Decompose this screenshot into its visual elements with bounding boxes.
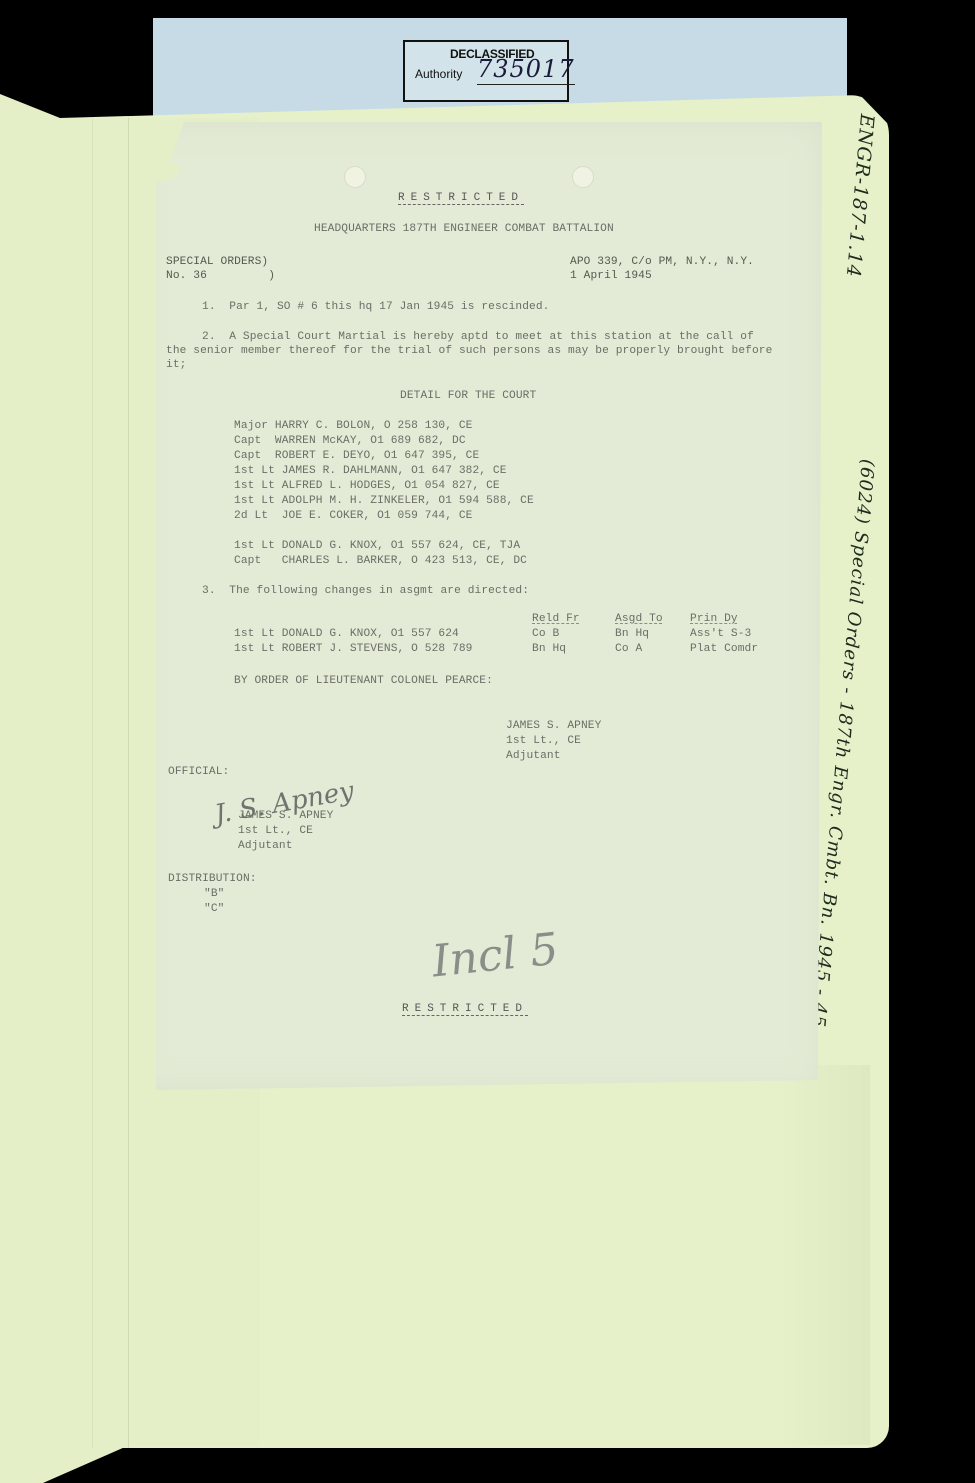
inclosure-annotation: Incl 5 [430,924,561,988]
classification-top: RESTRICTED [398,191,524,206]
court-member: 1st Lt ALFRED L. HODGES, O1 054 827, CE [234,479,500,494]
distribution-item: "C" [204,902,224,917]
signature-title: Adjutant [506,749,561,764]
court-member: 2d Lt JOE E. COKER, O1 059 744, CE [234,509,472,524]
apo-line: APO 339, C/o PM, N.Y., N.Y. [570,255,754,270]
court-member: Major HARRY C. BOLON, O 258 130, CE [234,419,472,434]
paragraph-2-line-3: it; [166,358,186,373]
col-header-prin-dy: Prin Dy [690,612,738,627]
court-member: 1st Lt JAMES R. DAHLMANN, O1 647 382, CE [234,464,507,479]
signature-name: JAMES S. APNEY [506,719,601,734]
defense-counsel: Capt CHARLES L. BARKER, O 423 513, CE, D… [234,554,527,569]
distribution-item: "B" [204,887,224,902]
official-signature-name: JAMES S. APNEY [238,809,333,824]
officer-name: 1st Lt DONALD G. KNOX, O1 557 624 [234,627,459,642]
order-date: 1 April 1945 [570,269,652,284]
special-orders-document: RESTRICTED HEADQUARTERS 187TH ENGINEER C… [134,122,822,1090]
asgd-to-cell: Bn Hq [615,627,649,642]
official-signature-title: Adjutant [238,839,293,854]
folder-shade [780,1065,870,1445]
signature-rank: 1st Lt., CE [506,734,581,749]
col-header-reld-fr: Reld Fr [532,612,580,627]
court-member: 1st Lt ADOLPH M. H. ZINKELER, O1 594 588… [234,494,534,509]
paragraph-1: 1. Par 1, SO # 6 this hq 17 Jan 1945 is … [202,300,550,315]
official-label: OFFICIAL: [168,765,229,780]
declassification-stamp: DECLASSIFIED Authority 735017 [403,40,569,102]
prin-dy-cell: Ass't S-3 [690,627,751,642]
order-number: No. 36 ) [166,269,275,284]
paragraph-2-line-2: the senior member thereof for the trial … [166,344,772,359]
order-label: SPECIAL ORDERS) [166,255,268,270]
folder-crease [128,118,129,1448]
by-order-line: BY ORDER OF LIEUTENANT COLONEL PEARCE: [234,674,493,689]
classification-bottom: RESTRICTED [402,1002,528,1017]
prin-dy-cell: Plat Comdr [690,642,758,657]
reld-fr-cell: Bn Hq [532,642,566,657]
official-signature-rank: 1st Lt., CE [238,824,313,839]
headquarters-heading: HEADQUARTERS 187TH ENGINEER COMBAT BATTA… [314,222,614,237]
court-member: Capt ROBERT E. DEYO, O1 647 395, CE [234,449,479,464]
punch-hole [344,166,366,188]
authority-label: Authority [415,67,462,81]
punch-hole [572,166,594,188]
reld-fr-cell: Co B [532,627,559,642]
paragraph-3: 3. The following changes in asgmt are di… [202,584,529,599]
col-header-asgd-to: Asgd To [615,612,663,627]
trial-judge-advocate: 1st Lt DONALD G. KNOX, O1 557 624, CE, T… [234,539,520,554]
court-member: Capt WARREN McKAY, O1 689 682, DC [234,434,466,449]
officer-name: 1st Lt ROBERT J. STEVENS, O 528 789 [234,642,472,657]
distribution-label: DISTRIBUTION: [168,872,257,887]
authority-number: 735017 [477,54,575,85]
folder-crease [92,118,93,1448]
paragraph-2-line-1: 2. A Special Court Martial is hereby apt… [202,330,754,345]
asgd-to-cell: Co A [615,642,642,657]
detail-heading: DETAIL FOR THE COURT [400,389,536,404]
